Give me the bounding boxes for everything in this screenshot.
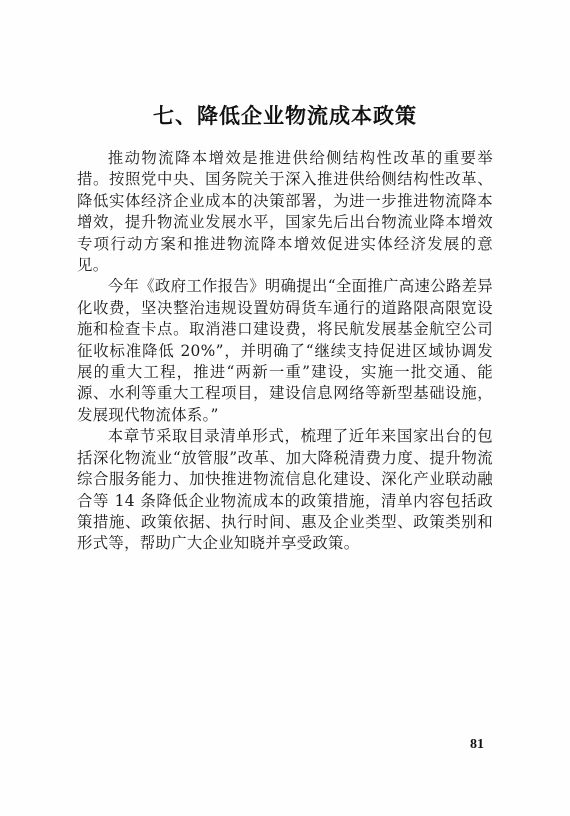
paragraph-chapter-summary: 本章节采取目录清单形式，梳理了近年来国家出台的包括深化物流业“放管服”改革、加大…	[77, 426, 493, 554]
document-page: 七、降低企业物流成本政策 推动物流降本增效是推进供给侧结构性改革的重要举措。按照…	[0, 0, 570, 816]
page-number: 81	[470, 737, 500, 753]
body-text: 推动物流降本增效是推进供给侧结构性改革的重要举措。按照党中央、国务院关于深入推进…	[77, 148, 493, 555]
section-title: 七、降低企业物流成本政策	[0, 101, 570, 131]
paragraph-government-report: 今年《政府工作报告》明确提出“全面推广高速公路差异化收费，坚决整治违规设置妨碍货…	[77, 276, 493, 426]
paragraph-intro: 推动物流降本增效是推进供给侧结构性改革的重要举措。按照党中央、国务院关于深入推进…	[77, 148, 493, 276]
